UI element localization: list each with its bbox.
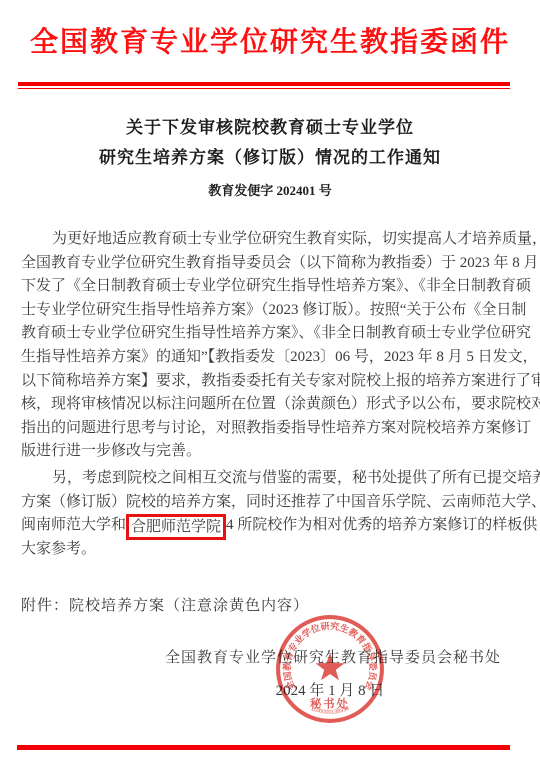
- body-line: 核，现将审核情况以标注问题所在位置（涂黄颜色）形式予以公布，要求院校对: [21, 393, 520, 417]
- paragraph-1: 为更好地适应教育硕士专业学位研究生教育实际，切实提高人才培养质量， 全国教育专业…: [21, 228, 520, 464]
- document-number: 教育发便字 202401 号: [0, 180, 540, 199]
- letterhead-title: 全国教育专业学位研究生教指委函件: [0, 26, 540, 58]
- highlighted-school-name-box: 合肥师范学院: [126, 514, 226, 540]
- official-seal: 全国教育专业学位研究生教育指导委员会 秘书处 1100000138338: [274, 613, 386, 725]
- body-line: 大家参考。: [21, 538, 520, 562]
- document-page: 全国教育专业学位研究生教指委函件 关于下发审核院校教育硕士专业学位 研究生培养方…: [0, 0, 540, 776]
- attachment-note: 附件：院校培养方案（注意涂黄色内容）: [21, 594, 309, 615]
- body-line: 全国教育专业学位研究生教育指导委员会（以下简称为教指委）于 2023 年 8 月: [21, 252, 520, 276]
- body-line: 下发了《全日制教育硕士专业学位研究生指导性培养方案》、《非全日制教育硕: [21, 275, 520, 299]
- text-after-highlight: 4 所院校作为相对优秀的培养方案修订的样板供: [226, 517, 537, 533]
- header-divider-thick-line: [18, 82, 510, 86]
- seal-star-icon: [315, 653, 344, 681]
- body-line: 为更好地适应教育硕士专业学位研究生教育实际，切实提高人才培养质量，: [21, 228, 520, 252]
- header-divider-thin-line: [18, 88, 510, 89]
- body-line: 方案（修订版）院校的培养方案，同时还推荐了中国音乐学院、云南师范大学、: [21, 491, 520, 515]
- document-body: 为更好地适应教育硕士专业学位研究生教育实际，切实提高人才培养质量， 全国教育专业…: [21, 228, 520, 561]
- document-title-line1: 关于下发审核院校教育硕士专业学位: [0, 117, 540, 138]
- body-line: 版进行进一步修改与完善。: [21, 440, 520, 464]
- body-line: 指出的问题进行思考与讨论，对照教指委指导性培养方案对院校培养方案修订: [21, 417, 520, 441]
- body-line: 生指导性培养方案》的通知”【教指委发〔2023〕06 号，2023 年 8 月 …: [21, 346, 520, 370]
- body-line-with-highlight: 闽南师范大学和合肥师范学院4 所院校作为相对优秀的培养方案修订的样板供: [21, 514, 520, 538]
- paragraph-2: 另，考虑到院校之间相互交流与借鉴的需要，秘书处提供了所有已提交培养 方案（修订版…: [21, 467, 520, 561]
- body-line: 士专业学位研究生指导性培养方案》（2023 修订版）。按照“关于公布《全日制: [21, 299, 520, 323]
- header-divider: [18, 82, 510, 90]
- text-before-highlight: 闽南师范大学和: [21, 517, 126, 533]
- body-line: 另，考虑到院校之间相互交流与借鉴的需要，秘书处提供了所有已提交培养: [21, 467, 520, 491]
- footer-divider: [17, 745, 510, 750]
- document-title-line2: 研究生培养方案（修订版）情况的工作通知: [0, 147, 540, 168]
- body-line: 教育硕士专业学位研究生指导性培养方案》、《非全日制教育硕士专业学位研究: [21, 322, 520, 346]
- body-line: 以下简称培养方案】要求，教指委委托有关专家对院校上报的培养方案进行了审: [21, 370, 520, 394]
